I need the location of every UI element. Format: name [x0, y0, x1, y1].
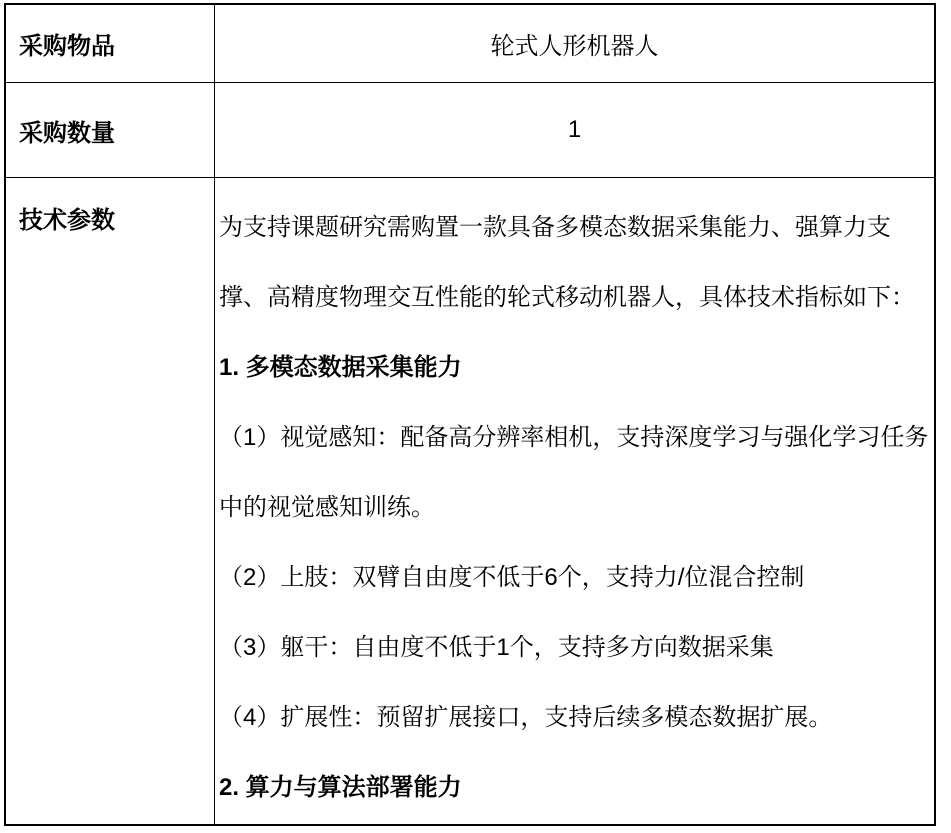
tech-parameter-line: 为支持课题研究需购置一款具备多模态数据采集能力、强算力支: [219, 193, 932, 263]
tech-parameter-line: （3）躯干：自由度不低于1个，支持多方向数据采集: [219, 613, 932, 683]
row-label-procurement-item: 采购物品: [6, 5, 215, 83]
row-label-procurement-quantity: 采购数量: [6, 83, 215, 178]
procurement-spec-table: 采购物品 轮式人形机器人 采购数量 1 技术参数 为支持课题研究需购置一款具备多…: [4, 3, 936, 826]
procurement-item-label: 采购物品: [19, 26, 115, 61]
procurement-quantity-value: 1: [568, 116, 581, 144]
tech-parameter-line: （4）扩展性：预留扩展接口，支持后续多模态数据扩展。: [219, 683, 932, 753]
technical-parameters-content: 为支持课题研究需购置一款具备多模态数据采集能力、强算力支撑、高精度物理交互性能的…: [215, 178, 934, 824]
tech-parameter-line: 中的视觉感知训练。: [219, 473, 932, 543]
tech-parameter-line: 1. 多模态数据采集能力: [219, 333, 932, 403]
tech-parameter-line: （2）上肢：双臂自由度不低于6个，支持力/位混合控制: [219, 543, 932, 613]
tech-parameter-line: 撑、高精度物理交互性能的轮式移动机器人，具体技术指标如下：: [219, 263, 932, 333]
row-value-procurement-item: 轮式人形机器人: [215, 5, 934, 83]
tech-parameter-line: 2. 算力与算法部署能力: [219, 753, 932, 823]
procurement-item-value: 轮式人形机器人: [491, 26, 659, 61]
procurement-quantity-label: 采购数量: [19, 113, 115, 148]
technical-parameters-label: 技术参数: [19, 200, 115, 235]
tech-parameter-line: （1）视觉感知：配备高分辨率相机，支持深度学习与强化学习任务: [219, 403, 932, 473]
row-label-technical-parameters: 技术参数: [6, 178, 215, 824]
row-value-procurement-quantity: 1: [215, 83, 934, 178]
